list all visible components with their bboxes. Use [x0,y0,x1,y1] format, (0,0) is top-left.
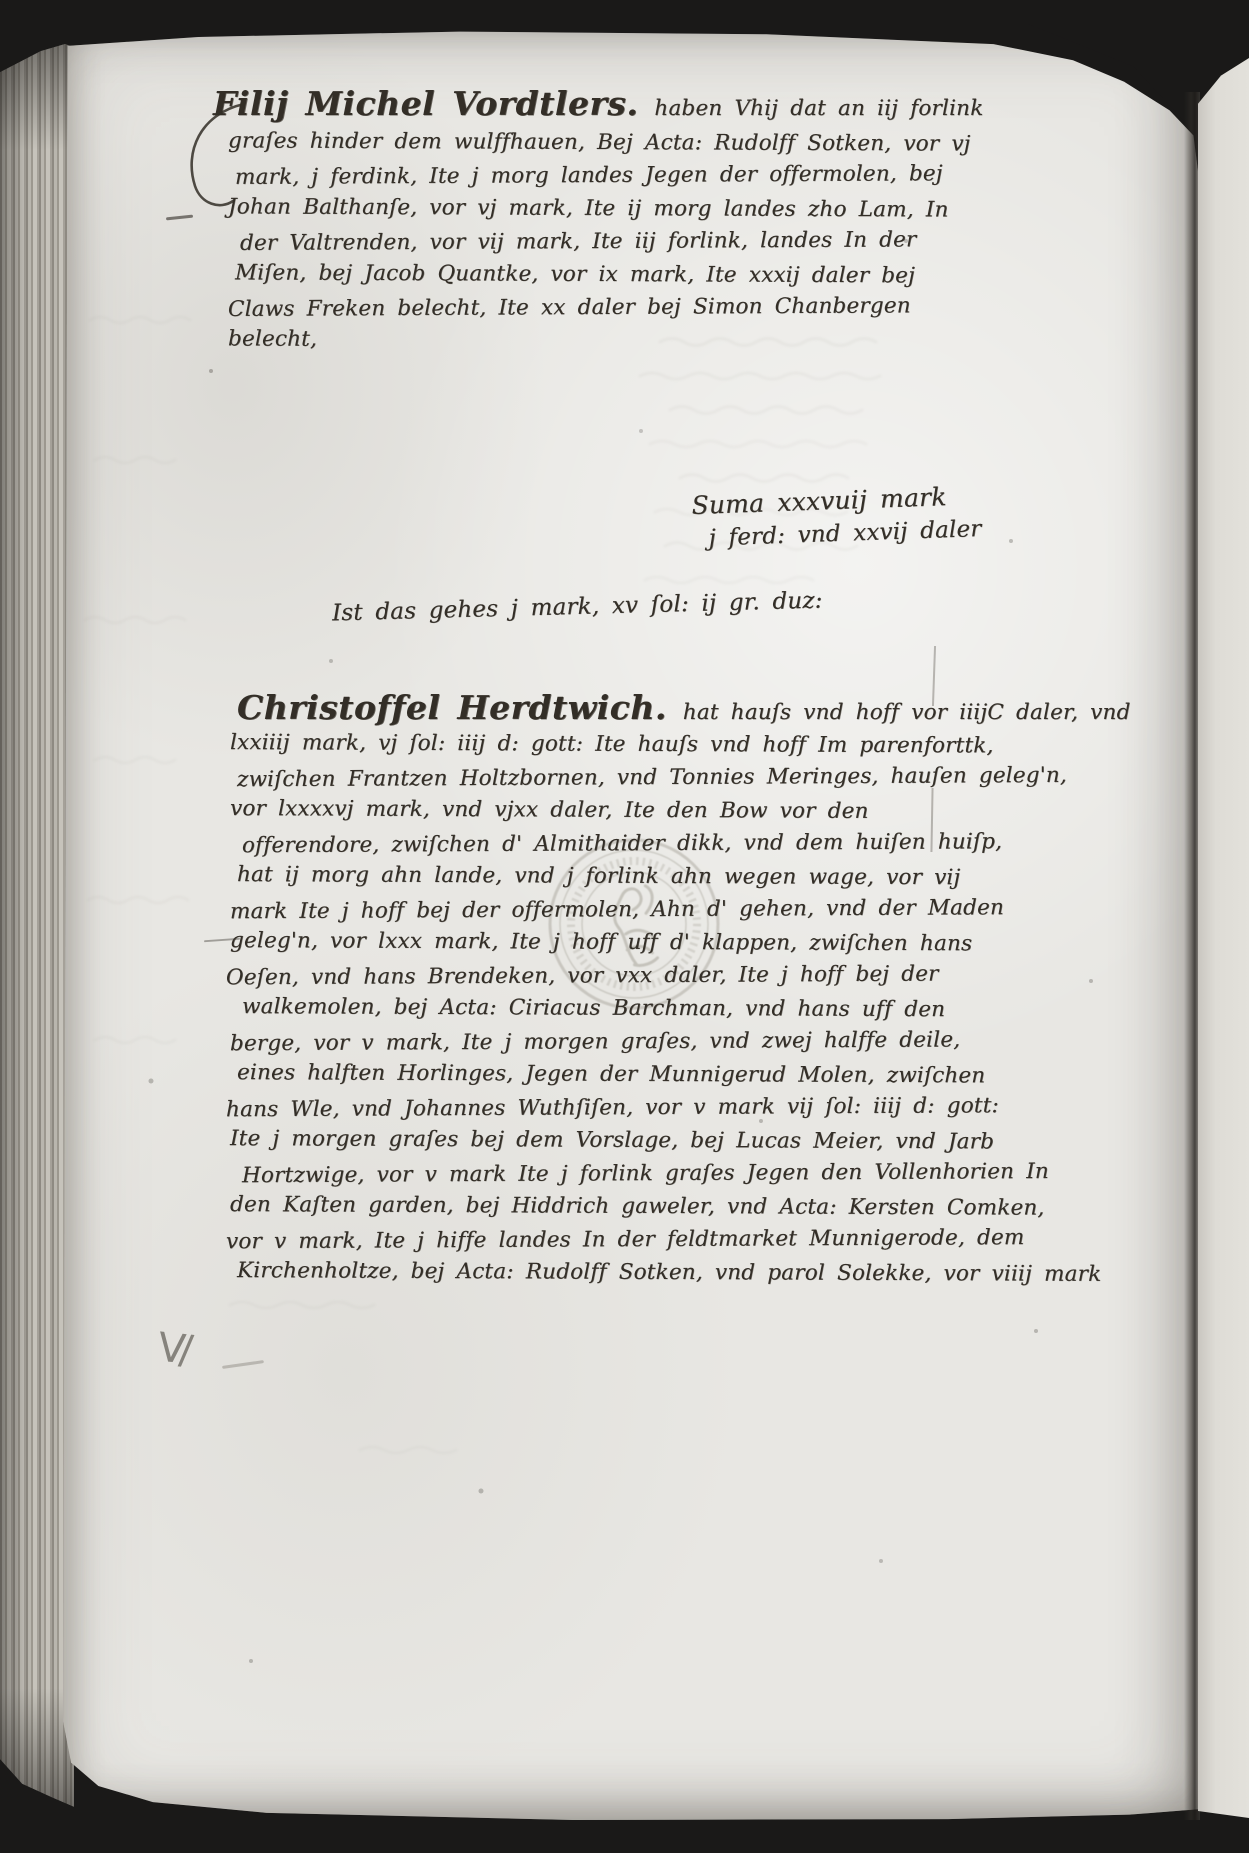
entry-line: Johan Balthanſe, vor vj mark, Ite ij mor… [228,190,971,226]
paper-specks [0,0,2,2]
entry-line: vor lxxxxvj mark, vnd vjxx daler, Ite de… [230,792,1101,829]
manuscript-photo: { "page": { "kind": "handwritten manuscr… [0,0,1249,1853]
entry-line: zwiſchen Frantzen Holtzbornen, vnd Tonni… [237,759,1102,797]
entry-1-lines: graſes hinder dem wulffhauen, Bej Acta: … [228,126,971,357]
entry-line: lxxiiij mark, vj ſol: iiij d: gott: Ite … [230,726,1101,763]
entry-2-heading-row: Christoffel Herdtwich. hat hauſs vnd hof… [237,688,1131,727]
entry-line: Miſen, bej Jacob Quantke, vor ix mark, I… [235,256,971,292]
entry-line: hans Wle, vnd Johannes Wuthſiſen, vor v … [226,1089,1102,1127]
entry-2-heading: Christoffel Herdtwich. [237,688,667,727]
summa-block: Suma xxxvuij mark j ferd: vnd xxvij dale… [691,481,982,552]
entry-2-heading-suffix: hat hauſs vnd hoff vor iiijC daler, vnd [683,700,1131,725]
entry-line: berge, vor v mark, Ite j morgen graſes, … [230,1023,1102,1061]
entry-line: Oeſen, vnd hans Brendeken, vor vxx daler… [226,957,1102,995]
entry-line: walkemolen, bej Acta: Ciriacus Barchman,… [242,990,1101,1027]
entry-1-heading-row: Filij Michel Vordtlers. haben Vhij dat a… [213,84,983,123]
entry-line: hat ij morg ahn lande, vnd j forlink ahn… [237,858,1101,895]
entry-line: vor v mark, Ite j hiffe landes In der fe… [226,1221,1102,1259]
pencil-check-mark: V/ [156,1325,189,1374]
entry-line: mark Ite j hoff bej der offermolen, Ahn … [230,891,1102,929]
facing-page-edge [1198,58,1249,1818]
entry-line: Kirchenholtze, bej Acta: Rudolff Sotken,… [237,1254,1101,1291]
entry-line: der Valtrenden, vor vij mark, Ite iij fo… [240,223,971,260]
entry-1-heading: Filij Michel Vordtlers. [213,84,638,123]
entry-line: den Kaſten garden, bej Hiddrich gaweler,… [230,1188,1101,1225]
entry-line: Ite j morgen graſes bej dem Vorslage, be… [230,1122,1101,1159]
gutter-fold-shadow [1184,92,1200,1820]
entry-1-heading-suffix: haben Vhij dat an iij forlink [654,96,983,121]
entry-line: Hortzwige, vor v mark Ite j forlink graſ… [242,1155,1102,1192]
entry-line: geleg'n, vor lxxx mark, Ite j hoff uff d… [230,924,1101,961]
entry-line: mark, j ferdink, Ite j morg landes Jegen… [235,157,971,194]
entry-line: graſes hinder dem wulffhauen, Bej Acta: … [228,124,971,160]
entry-line: belecht, [228,322,971,358]
entry-line: Claws Freken belecht, Ite xx daler bej S… [228,289,971,326]
entry-2-lines: lxxiiij mark, vj ſol: iiij d: gott: Ite … [230,728,1101,1289]
entry-line: eines halften Horlinges, Jegen der Munni… [237,1056,1101,1093]
entry-line: offerendore, zwiſchen d' Almithaider dik… [242,825,1102,862]
